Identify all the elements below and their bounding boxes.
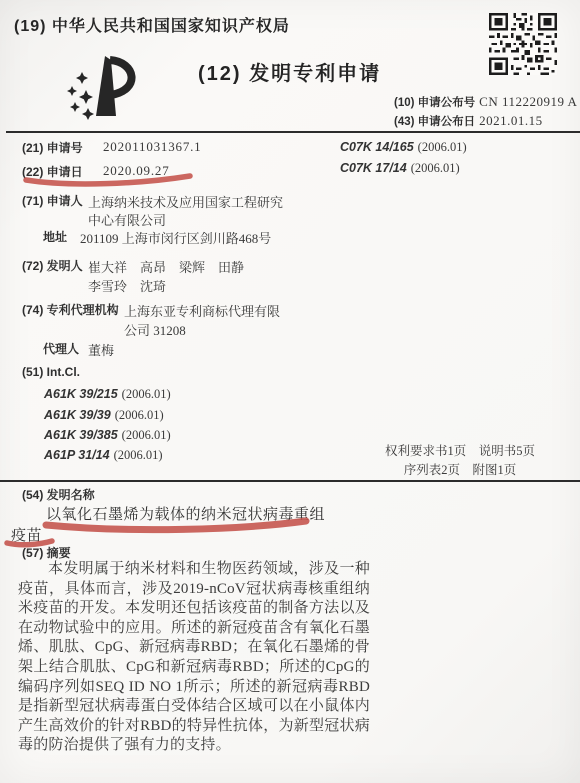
address-value: 201109 上海市闵行区剑川路468号 bbox=[80, 228, 271, 247]
ipc-entry: A61K 39/385 (2006.01) bbox=[44, 426, 171, 444]
pub-date-value: 2021.01.15 bbox=[479, 113, 543, 128]
pub-number-value: CN 112220919 A bbox=[479, 94, 577, 109]
inventors-line2: 李雪玲 沈琦 bbox=[88, 276, 166, 295]
ipc-entry: A61K 39/39 (2006.01) bbox=[44, 406, 164, 424]
ipc-entry: C07K 17/14 (2006.01) bbox=[340, 159, 460, 177]
office-name: (19) 中华人民共和国国家知识产权局 bbox=[14, 13, 290, 36]
ipc-version: (2006.01) bbox=[114, 448, 163, 462]
ipc-entry: A61K 39/215 (2006.01) bbox=[44, 385, 171, 403]
ipc-code: A61K 39/39 bbox=[44, 408, 111, 422]
cnipa-logo-icon bbox=[60, 50, 150, 124]
ipc-code: A61P 31/14 bbox=[44, 448, 110, 462]
abstract-label: (57) 摘要 bbox=[22, 544, 71, 561]
abstract-text: 本发明属于纳米材料和生物医药领域，涉及一种疫苗，具体而言，涉及2019-nCoV… bbox=[18, 560, 370, 756]
applicant-label: (71) 申请人 bbox=[22, 192, 83, 209]
inventors-line1: 崔大祥 高昂 梁辉 田静 bbox=[88, 257, 244, 276]
publication-date-line: (43) 申请公布日 2021.01.15 bbox=[394, 112, 543, 130]
ipc-version: (2006.01) bbox=[411, 161, 460, 175]
ipc-version: (2006.01) bbox=[115, 408, 164, 422]
ipc-code: C07K 14/165 bbox=[340, 140, 414, 154]
ipc-entry: C07K 14/165 (2006.01) bbox=[340, 138, 467, 156]
agency-label: (74) 专利代理机构 bbox=[22, 301, 119, 318]
app-date-label: (22) 申请日 bbox=[22, 163, 83, 180]
pub-number-label: (10) 申请公布号 bbox=[394, 97, 475, 109]
ipc-code: A61K 39/215 bbox=[44, 387, 118, 401]
ipc-version: (2006.01) bbox=[122, 428, 171, 442]
ipc-version: (2006.01) bbox=[122, 387, 171, 401]
header-divider bbox=[6, 131, 580, 133]
agent-label: 代理人 bbox=[43, 340, 79, 357]
agency-name-line2: 公司 31208 bbox=[124, 320, 186, 339]
patent-front-page: (19) 中华人民共和国国家知识产权局 (12) 发明专利申请 bbox=[0, 0, 580, 783]
app-number-value: 202011031367.1 bbox=[103, 139, 201, 155]
app-date-value: 2020.09.27 bbox=[103, 163, 170, 179]
intcl-label: (51) Int.Cl. bbox=[22, 365, 80, 379]
ipc-version: (2006.01) bbox=[418, 140, 467, 154]
agent-value: 董梅 bbox=[88, 340, 114, 359]
publication-number-line: (10) 申请公布号 CN 112220919 A bbox=[394, 93, 577, 111]
address-label: 地址 bbox=[43, 228, 67, 245]
inventors-label: (72) 发明人 bbox=[22, 257, 83, 274]
doc-type-title: (12) 发明专利申请 bbox=[198, 57, 381, 86]
app-number-label: (21) 申请号 bbox=[22, 139, 83, 156]
page-count-line2: 序列表2页 附图1页 bbox=[355, 461, 565, 480]
page-count-line1: 权利要求书1页 说明书5页 bbox=[355, 442, 565, 461]
pub-date-label: (43) 申请公布日 bbox=[394, 116, 475, 128]
invention-title-line1: 以氧化石墨烯为载体的纳米冠状病毒重组 bbox=[46, 503, 325, 524]
ipc-code: A61K 39/385 bbox=[44, 428, 118, 442]
applicant-name-line2: 中心有限公司 bbox=[88, 210, 166, 229]
invention-title-line2: 疫苗 bbox=[11, 524, 42, 545]
applicant-name-line1: 上海纳米技术及应用国家工程研究 bbox=[88, 192, 283, 211]
qr-code-icon bbox=[489, 13, 557, 75]
ipc-entry: A61P 31/14 (2006.01) bbox=[44, 446, 163, 464]
invention-title-label: (54) 发明名称 bbox=[22, 486, 95, 503]
ipc-code: C07K 17/14 bbox=[340, 161, 407, 175]
agency-name-line1: 上海东亚专利商标代理有限 bbox=[124, 301, 280, 320]
section-divider bbox=[0, 480, 580, 482]
